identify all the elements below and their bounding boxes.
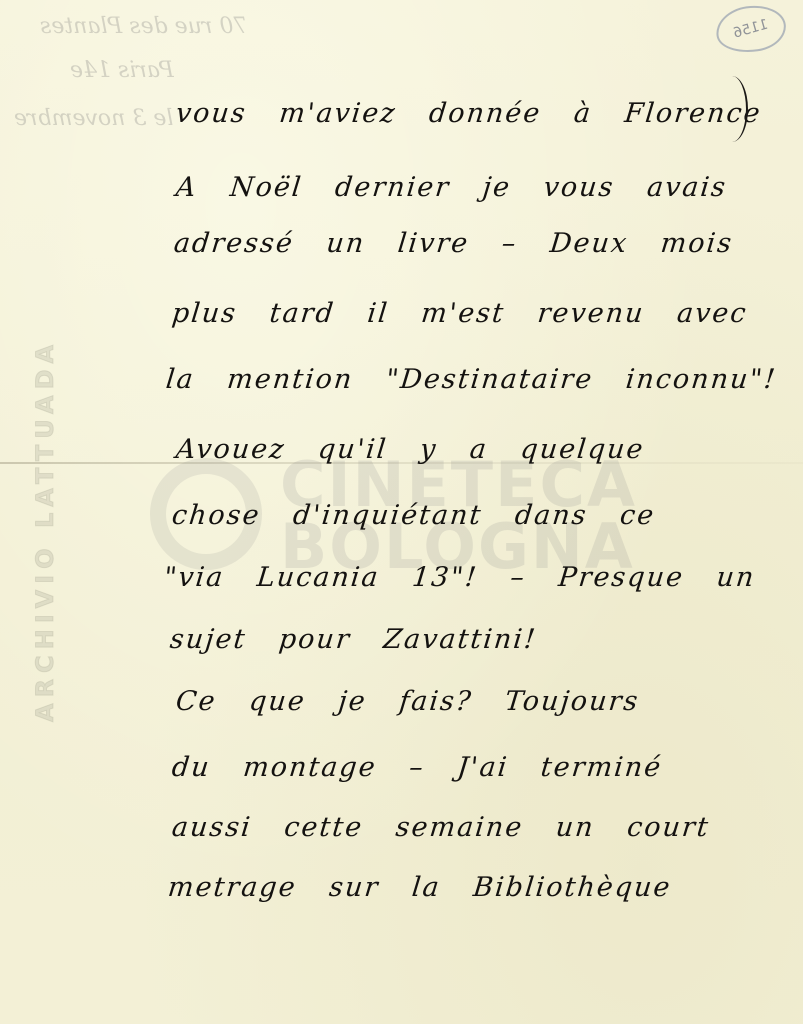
letter-line: sujet pour Zavattini! [168,624,538,655]
letter-line: Avouez qu'il y a quelque [174,434,646,465]
letter-line: A Noël dernier je vous avais [174,172,728,203]
letter-line: vous m'aviez donnée à Florence [174,98,763,129]
closing-parenthesis [716,76,748,142]
letter-line: Ce que je fais? Toujours [174,686,641,717]
letter-line: aussi cette semaine un court [170,812,711,843]
letter-line: chose d'inquiétant dans ce [170,500,657,531]
letter-line: plus tard il m'est revenu avec [170,298,749,329]
letter-body: vous m'aviez donnée à Florence A Noël de… [0,0,803,1024]
letter-line: du montage – J'ai terminé [170,752,664,783]
letter-line: metrage sur la Bibliothèque [166,872,673,903]
letter-line: "via Lucania 13"! – Presque un [162,562,757,593]
letter-line: la mention "Destinataire inconnu"! [164,364,778,395]
letter-line: adressé un livre – Deux mois [172,228,734,259]
